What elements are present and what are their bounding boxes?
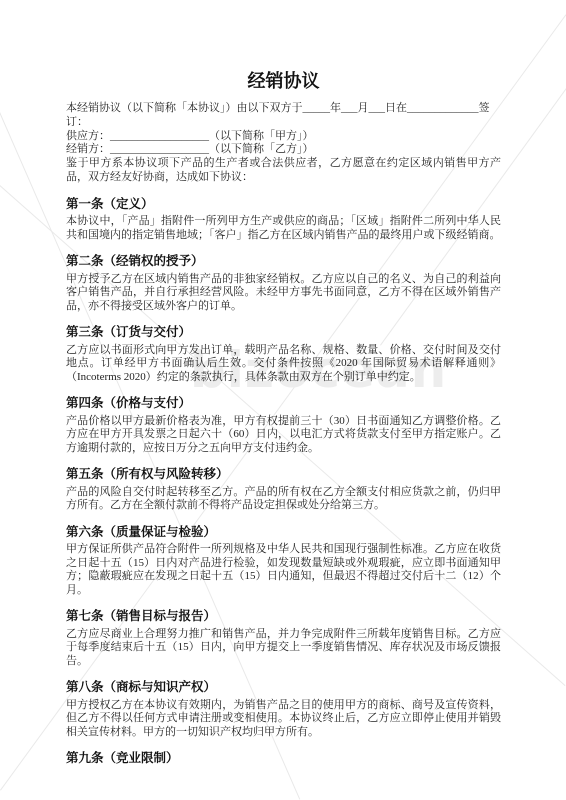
article-2-body: 甲方授予乙方在区域内销售产品的非独家经销权。乙方应以自己的名义、为自己的利益向客…: [66, 273, 501, 314]
intro-distributor-line: 经销方：__________________（以下简称「乙方」）: [66, 143, 501, 157]
article-8-body: 甲方授权乙方在本协议有效期内，为销售产品之目的使用甲方的商标、商号及宣传资料，但…: [66, 699, 501, 740]
article-4-heading: 第四条（价格与支付）: [66, 396, 501, 410]
article-3-body: 乙方应以书面形式向甲方发出订单，载明产品名称、规格、数量、价格、交付时间及交付地…: [66, 344, 501, 385]
article-9-heading: 第九条（竞业限制）: [66, 751, 501, 765]
intro-date-line: 本经销协议（以下简称「本协议」）由以下双方于_____年___月___日在___…: [66, 102, 501, 130]
article-7-body: 乙方应尽商业上合理努力推广和销售产品，并力争完成附件三所载年度销售目标。乙方应于…: [66, 628, 501, 669]
document-page: ビズオーシャン bizocean 经销协议 本经销协议（以下简称「本协议」）由以…: [0, 0, 566, 800]
article-3-heading: 第三条（订货与交付）: [66, 325, 501, 339]
intro-supplier-line: 供应方：__________________（以下简称「甲方」）: [66, 130, 501, 144]
article-5-heading: 第五条（所有权与风险转移）: [66, 467, 501, 481]
article-5-body: 产品的风险自交付时起转移至乙方。产品的所有权在乙方全额支付相应货款之前，仍归甲方…: [66, 486, 501, 513]
article-2-heading: 第二条（经销权的授予）: [66, 254, 501, 268]
article-6-body: 甲方保证所供产品符合附件一所列规格及中华人民共和国现行强制性标准。乙方应在收货之…: [66, 543, 501, 597]
article-8-heading: 第八条（商标与知识产权）: [66, 680, 501, 694]
article-1-body: 本协议中，「产品」指附件一所列甲方生产或供应的商品；「区域」指附件二所列中华人民…: [66, 215, 501, 242]
intro-recital: 鉴于甲方系本协议项下产品的生产者或合法供应者，乙方愿意在约定区域内销售甲方产品，…: [66, 157, 501, 185]
article-4-body: 产品价格以甲方最新价格表为准，甲方有权提前三十（30）日书面通知乙方调整价格。乙…: [66, 415, 501, 456]
article-7-heading: 第七条（销售目标与报告）: [66, 609, 501, 623]
article-1-heading: 第一条（定义）: [66, 197, 501, 211]
article-6-heading: 第六条（质量保证与检验）: [66, 525, 501, 539]
contract-content: 经销协议 本经销协议（以下简称「本协议」）由以下双方于_____年___月___…: [66, 71, 501, 770]
page-title: 经销协议: [66, 71, 501, 91]
